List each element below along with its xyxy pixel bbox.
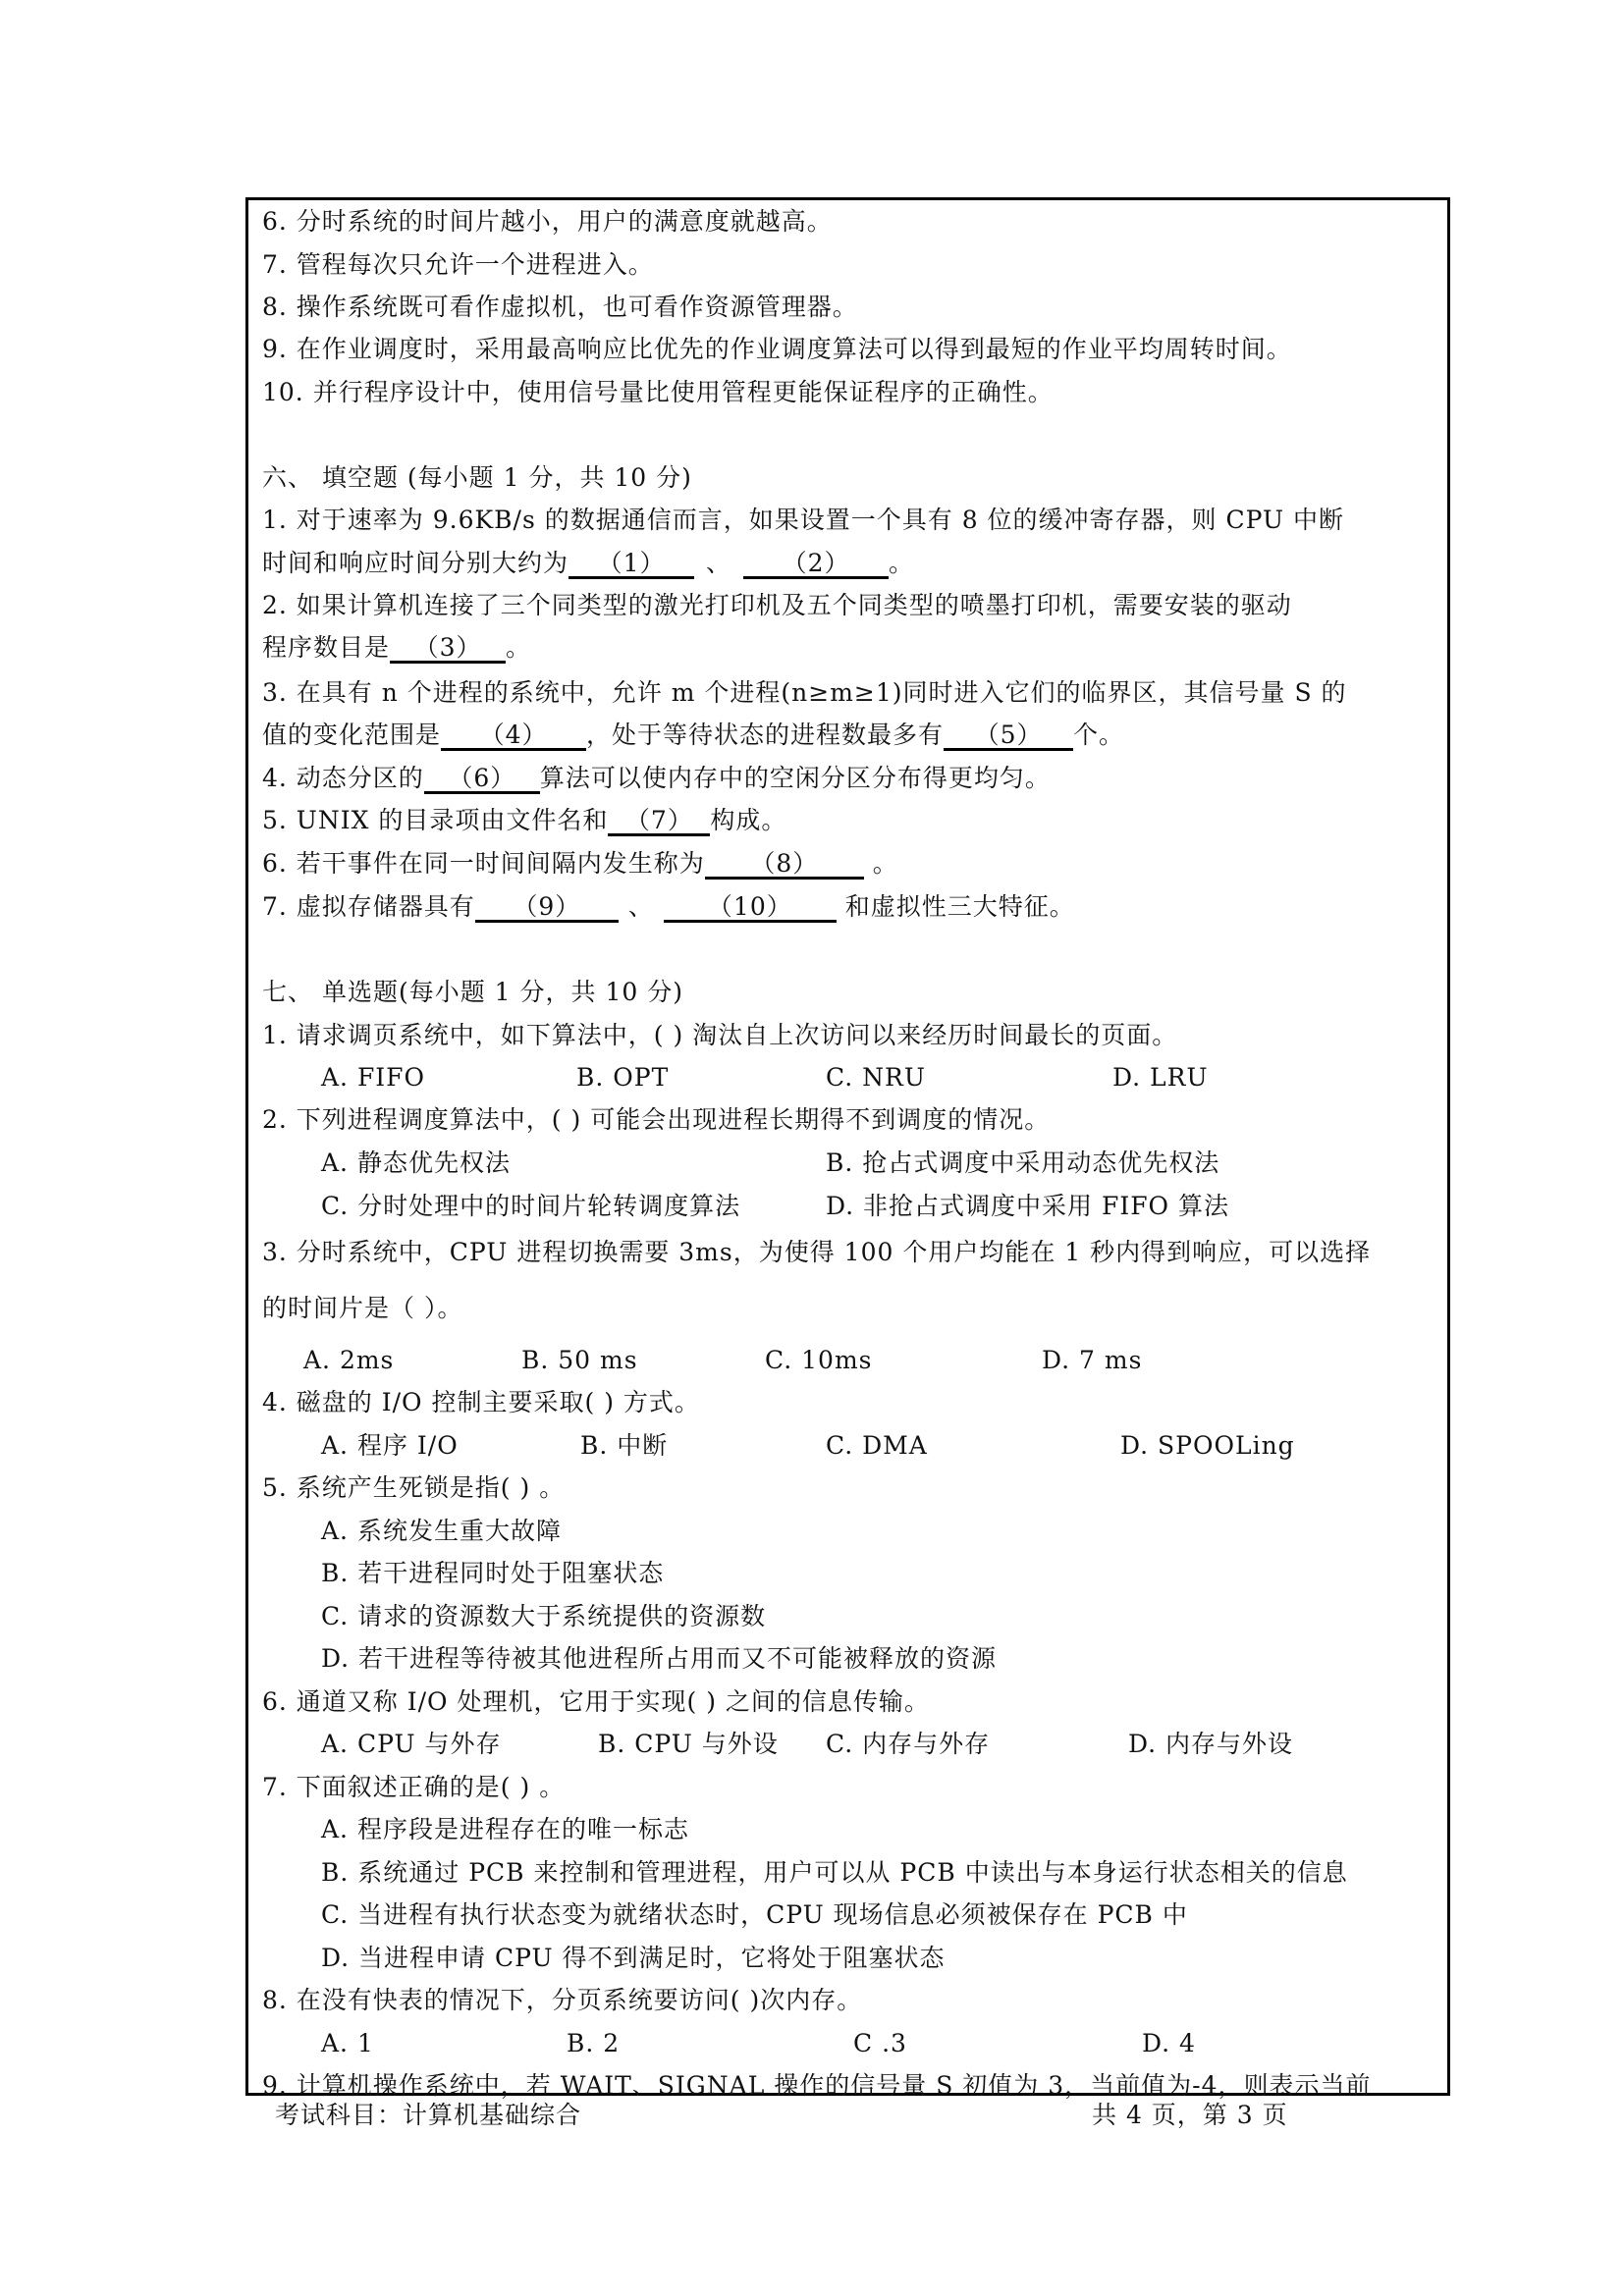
fill-q3-line2: 值的变化范围是（4），处于等待状态的进程数最多有（5）个。 (262, 721, 1124, 751)
mc-q3-option-c[interactable]: C. 10ms (765, 1346, 872, 1375)
blank-3[interactable]: （3） (390, 635, 506, 664)
mc-q8-option-a[interactable]: A. 1 (321, 2029, 374, 2058)
blank-4[interactable]: （4） (441, 722, 586, 751)
tf-item-8: 8. 操作系统既可看作虚拟机，也可看作资源管理器。 (262, 293, 858, 322)
mc-q5-option-b[interactable]: B. 若干进程同时处于阻塞状态 (321, 1559, 664, 1588)
mc-q2-option-b[interactable]: B. 抢占式调度中采用动态优先权法 (826, 1148, 1219, 1178)
fill-section-title: 六、 填空题 (每小题 1 分，共 10 分) (262, 463, 692, 493)
fill-q3-end: 个。 (1073, 721, 1124, 749)
mc-q4-option-d[interactable]: D. SPOOLing (1120, 1431, 1295, 1461)
fill-q5-text: 5. UNIX 的目录项由文件名和 (262, 806, 608, 834)
fill-q5: 5. UNIX 的目录项由文件名和（7）构成。 (262, 806, 786, 836)
blank-6[interactable]: （6） (424, 766, 540, 794)
fill-q2-text: 程序数目是 (262, 633, 390, 662)
fill-q5-end: 构成。 (710, 806, 786, 834)
fill-q3-text: 值的变化范围是 (262, 721, 441, 749)
mc-q7-option-a[interactable]: A. 程序段是进程存在的唯一标志 (321, 1815, 689, 1844)
mc-q1-option-d[interactable]: D. LRU (1112, 1063, 1209, 1093)
fill-q6: 6. 若干事件在同一时间间隔内发生称为（8） 。 (262, 849, 898, 880)
mc-q6-option-d[interactable]: D. 内存与外设 (1128, 1730, 1293, 1759)
blank-10[interactable]: （10） (664, 894, 837, 923)
mc-q5: 5. 系统产生死锁是指( ) 。 (262, 1473, 565, 1503)
mc-q3-line2: 的时间片是（ ）。 (262, 1294, 462, 1323)
fill-q3-mid: ，处于等待状态的进程数最多有 (586, 721, 944, 749)
mc-q9: 9. 计算机操作系统中，若 WAIT、SIGNAL 操作的信号量 S 初值为 3… (262, 2071, 1371, 2101)
mc-q5-option-a[interactable]: A. 系统发生重大故障 (321, 1517, 562, 1546)
mc-q7-option-b[interactable]: B. 系统通过 PCB 来控制和管理进程，用户可以从 PCB 中读出与本身运行状… (321, 1858, 1348, 1888)
tf-item-10: 10. 并行程序设计中，使用信号量比使用管程更能保证程序的正确性。 (262, 378, 1054, 407)
period: 。 (506, 633, 531, 662)
fill-q6-text: 6. 若干事件在同一时间间隔内发生称为 (262, 849, 705, 878)
mc-q4-option-a[interactable]: A. 程序 I/O (321, 1431, 459, 1461)
mc-q8-option-b[interactable]: B. 2 (567, 2029, 620, 2058)
fill-q4: 4. 动态分区的（6）算法可以使内存中的空闲分区分布得更均匀。 (262, 764, 1051, 794)
mc-q2: 2. 下列进程调度算法中，( ) 可能会出现进程长期得不到调度的情况。 (262, 1105, 1050, 1135)
tf-item-9: 9. 在作业调度时，采用最高响应比优先的作业调度算法可以得到最短的作业平均周转时… (262, 335, 1292, 364)
mc-q6-option-c[interactable]: C. 内存与外存 (826, 1730, 990, 1759)
mc-q5-option-d[interactable]: D. 若干进程等待被其他进程所占用而又不可能被释放的资源 (321, 1644, 997, 1674)
mc-q7-option-d[interactable]: D. 当进程申请 CPU 得不到满足时，它将处于阻塞状态 (321, 1944, 946, 1973)
fill-q4-text: 4. 动态分区的 (262, 764, 424, 792)
period: 。 (889, 549, 914, 577)
blank-1[interactable]: （1） (568, 551, 694, 579)
fill-q6-end: 。 (864, 849, 898, 878)
mc-q3-option-a[interactable]: A. 2ms (303, 1346, 394, 1375)
mc-q8-option-d[interactable]: D. 4 (1142, 2029, 1196, 2058)
mc-q6-option-b[interactable]: B. CPU 与外设 (598, 1730, 779, 1759)
mc-q6: 6. 通道又称 I/O 处理机，它用于实现( ) 之间的信息传输。 (262, 1687, 930, 1717)
mc-q4: 4. 磁盘的 I/O 控制主要采取( ) 方式。 (262, 1388, 700, 1417)
mc-q7: 7. 下面叙述正确的是( ) 。 (262, 1773, 565, 1802)
fill-q2-line2: 程序数目是（3）。 (262, 633, 531, 664)
mc-q6-option-a[interactable]: A. CPU 与外存 (321, 1730, 501, 1759)
exam-content-box: 6. 分时系统的时间片越小，用户的满意度就越高。 7. 管程每次只允许一个进程进… (245, 197, 1450, 2096)
blank-2[interactable]: （2） (743, 551, 889, 579)
mc-q8: 8. 在没有快表的情况下，分页系统要访问( )次内存。 (262, 1986, 862, 2015)
mc-q2-option-a[interactable]: A. 静态优先权法 (321, 1148, 511, 1178)
mc-q4-option-b[interactable]: B. 中断 (580, 1431, 668, 1461)
blank-7[interactable]: （7） (608, 808, 710, 836)
fill-q3-line1: 3. 在具有 n 个进程的系统中，允许 m 个进程(n≥m≥1)同时进入它们的临… (262, 678, 1347, 708)
fill-q7: 7. 虚拟存储器具有（9）、（10） 和虚拟性三大特征。 (262, 892, 1075, 923)
fill-q1-text: 时间和响应时间分别大约为 (262, 549, 568, 577)
page-indicator: 共 4 页，第 3 页 (1092, 2101, 1288, 2130)
mc-section-title: 七、 单选题(每小题 1 分，共 10 分) (262, 978, 683, 1007)
mc-q1-option-c[interactable]: C. NRU (826, 1063, 926, 1093)
fill-q7-text: 7. 虚拟存储器具有 (262, 892, 475, 921)
mc-q1-option-b[interactable]: B. OPT (576, 1063, 669, 1093)
fill-q1-line1: 1. 对于速率为 9.6KB/s 的数据通信而言，如果设置一个具有 8 位的缓冲… (262, 506, 1344, 535)
separator: 、 (706, 549, 731, 577)
tf-item-6: 6. 分时系统的时间片越小，用户的满意度就越高。 (262, 207, 833, 237)
mc-q8-option-c[interactable]: C .3 (853, 2029, 907, 2058)
fill-q4-end: 算法可以使内存中的空闲分区分布得更均匀。 (540, 764, 1051, 792)
separator: 、 (628, 892, 654, 921)
mc-q3-option-d[interactable]: D. 7 ms (1042, 1346, 1142, 1375)
fill-q7-end: 和虚拟性三大特征。 (837, 892, 1075, 921)
mc-q1: 1. 请求调页系统中，如下算法中，( ) 淘汰自上次访问以来经历时间最长的页面。 (262, 1021, 1177, 1050)
mc-q3-option-b[interactable]: B. 50 ms (521, 1346, 638, 1375)
mc-q1-option-a[interactable]: A. FIFO (321, 1063, 425, 1093)
blank-5[interactable]: （5） (944, 722, 1073, 751)
mc-q4-option-c[interactable]: C. DMA (826, 1431, 928, 1461)
exam-subject: 考试科目：计算机基础综合 (275, 2101, 581, 2130)
fill-q2-line1: 2. 如果计算机连接了三个同类型的激光打印机及五个同类型的喷墨打印机，需要安装的… (262, 591, 1292, 620)
fill-q1-line2: 时间和响应时间分别大约为（1）、（2）。 (262, 549, 914, 579)
mc-q2-option-d[interactable]: D. 非抢占式调度中采用 FIFO 算法 (826, 1192, 1229, 1221)
blank-9[interactable]: （9） (475, 894, 619, 923)
mc-q3-line1: 3. 分时系统中，CPU 进程切换需要 3ms，为使得 100 个用户均能在 1… (262, 1238, 1371, 1267)
mc-q5-option-c[interactable]: C. 请求的资源数大于系统提供的资源数 (321, 1602, 766, 1631)
blank-8[interactable]: （8） (705, 851, 864, 880)
mc-q2-option-c[interactable]: C. 分时处理中的时间片轮转调度算法 (321, 1192, 740, 1221)
mc-q7-option-c[interactable]: C. 当进程有执行状态变为就绪状态时，CPU 现场信息必须被保存在 PCB 中 (321, 1900, 1188, 1930)
tf-item-7: 7. 管程每次只允许一个进程进入。 (262, 250, 654, 280)
